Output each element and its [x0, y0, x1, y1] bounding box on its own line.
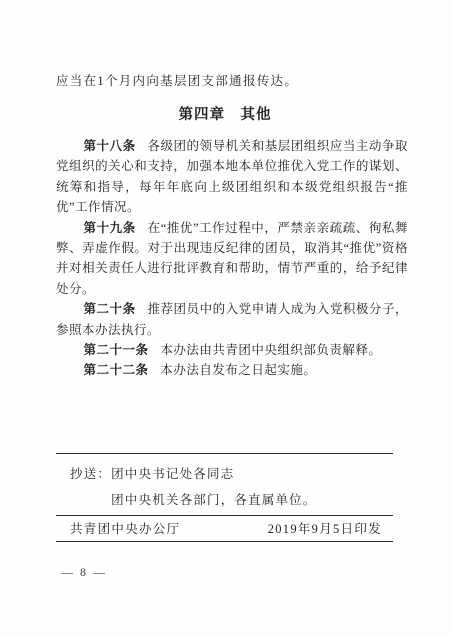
- article-text: 本办法自发布之日起实施。: [160, 363, 316, 377]
- article-text: 本办法由共青团中央组织部负责解释。: [160, 343, 381, 357]
- article-number: 第二十二条: [84, 363, 149, 377]
- page-number: — 8 —: [61, 565, 107, 580]
- divider-top: [56, 453, 393, 454]
- divider-bottom: [56, 541, 393, 542]
- divider-middle: [56, 515, 393, 516]
- articles-block: 第十八条各级团的领导机关和基层团组织应当主动争取党组织的关心和支持，加强本地本单…: [56, 136, 408, 381]
- copy-to-label: 抄送：: [70, 461, 111, 487]
- issuer-row: 共青团中央办公厅 2019年9月5日印发: [56, 520, 393, 538]
- print-date: 2019年9月5日印发: [268, 520, 382, 538]
- article-paragraph: 第二十条推荐团员中的入党申请人成为入党积极分子，参照本办法执行。: [56, 299, 408, 340]
- article-paragraph: 第二十一条本办法由共青团中央组织部负责解释。: [56, 340, 408, 360]
- copy-to-section: 抄送： 团中央书记处各同志 团中央机关各部门，各直属单位。: [70, 461, 390, 513]
- article-paragraph: 第十九条在“推优”工作过程中，严禁亲亲疏疏、徇私舞弊、弄虚作假。对于出现违反纪律…: [56, 218, 408, 300]
- copy-to-line: 团中央书记处各同志: [111, 461, 317, 487]
- article-paragraph: 第十八条各级团的领导机关和基层团组织应当主动争取党组织的关心和支持，加强本地本单…: [56, 136, 408, 218]
- article-number: 第十九条: [84, 221, 136, 235]
- article-number: 第十八条: [84, 139, 136, 153]
- copy-to-lines: 团中央书记处各同志 团中央机关各部门，各直属单位。: [111, 461, 317, 513]
- article-number: 第二十条: [84, 302, 136, 316]
- issuer-name: 共青团中央办公厅: [70, 520, 180, 538]
- article-number: 第二十一条: [84, 343, 149, 357]
- copy-to-line: 团中央机关各部门，各直属单位。: [111, 487, 317, 513]
- article-paragraph: 第二十二条本办法自发布之日起实施。: [56, 360, 408, 380]
- continuation-text: 应当在1个月内向基层团支部通报传达。: [56, 71, 408, 91]
- chapter-heading: 第四章 其他: [0, 103, 450, 124]
- document-page: 应当在1个月内向基层团支部通报传达。 第四章 其他 第十八条各级团的领导机关和基…: [0, 0, 450, 636]
